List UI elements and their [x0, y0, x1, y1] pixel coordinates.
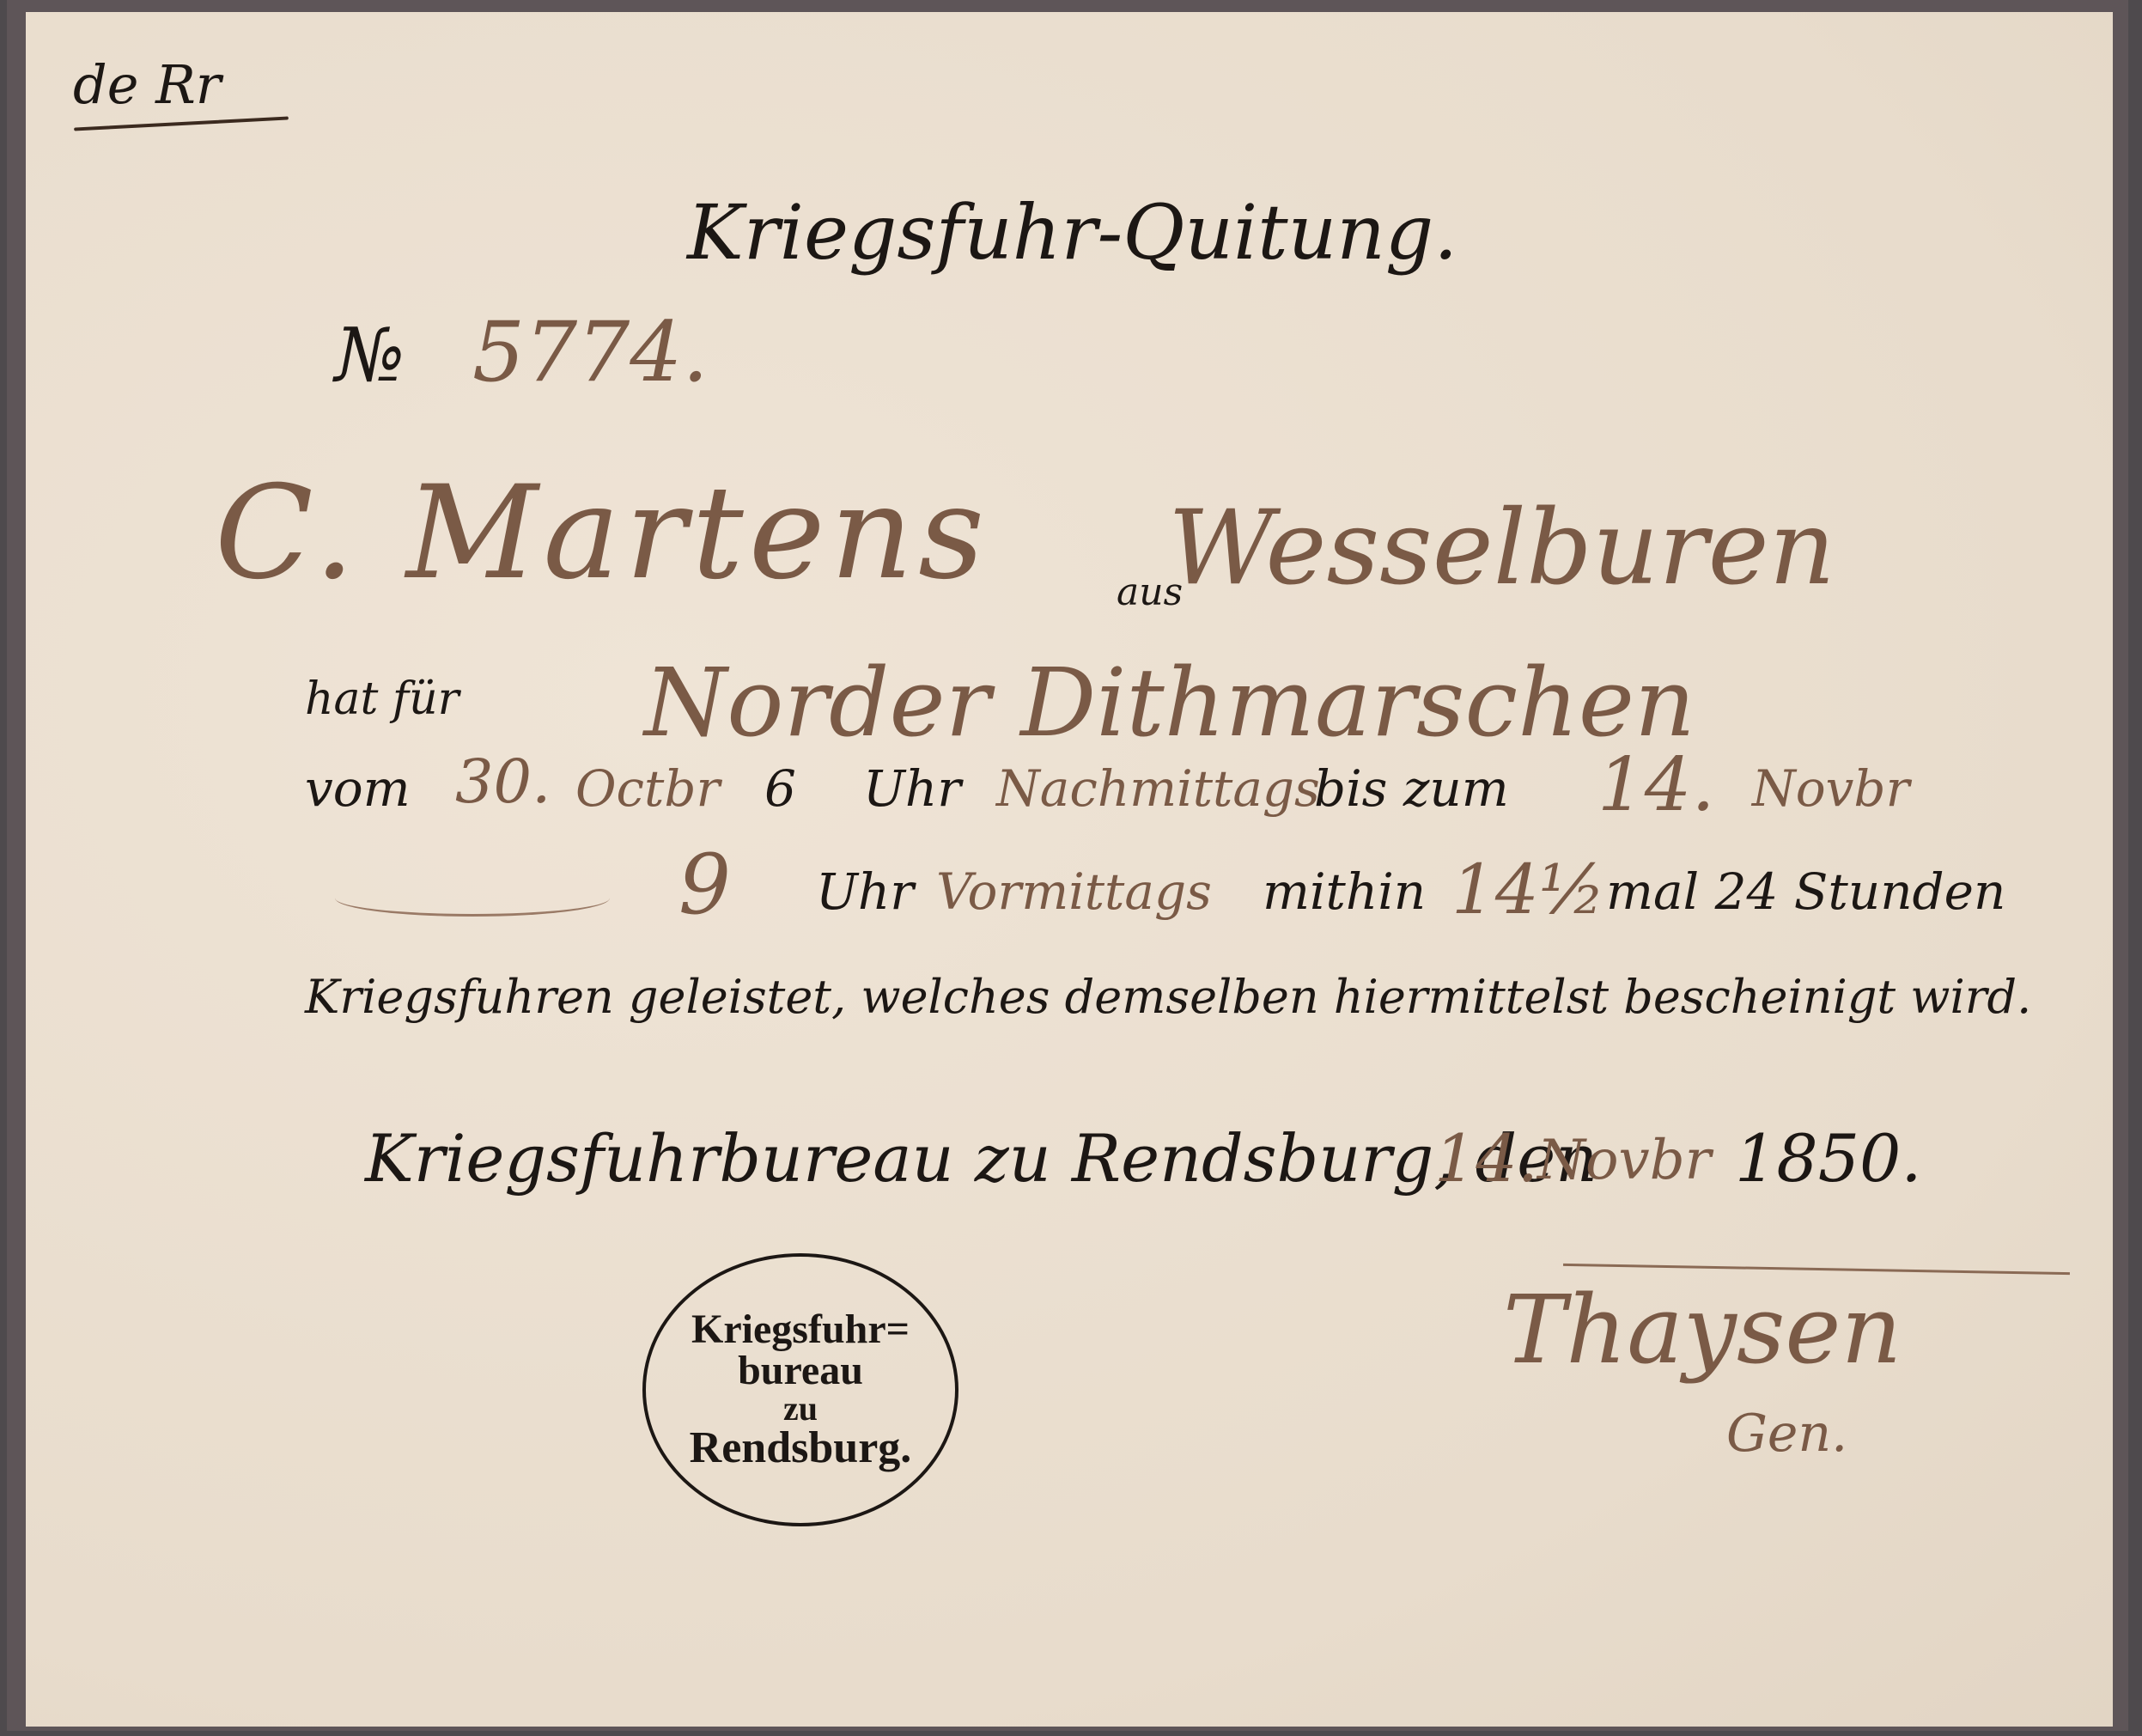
stamp-line-1: Kriegsfuhr= — [691, 1309, 910, 1350]
stamp-line-4: Rendsburg. — [690, 1426, 912, 1471]
corner-underline — [74, 116, 289, 131]
number-label: № — [335, 313, 405, 399]
uhr-label-2: Uhr — [816, 862, 914, 921]
count: 14½ — [1451, 850, 1605, 929]
date-day: 14. — [1434, 1120, 1538, 1197]
start-day: 30. — [455, 746, 551, 817]
hat-fuer-label: hat für — [305, 673, 459, 725]
uhr-label-1: Uhr — [863, 759, 961, 818]
receipt-number: 5774. — [472, 304, 709, 400]
end-time-of-day: Vormittags — [936, 862, 1212, 921]
office-stamp: Kriegsfuhr= bureau zu Rendsburg. — [642, 1253, 958, 1526]
district: Norder Dithmarschen — [644, 648, 1695, 758]
stamp-line-2: bureau — [738, 1350, 863, 1392]
signature-title: Gen. — [1726, 1404, 1847, 1464]
document-title: Kriegsfuhr-Quitung. — [687, 188, 1457, 277]
bis-zum-label: bis zum — [1314, 759, 1509, 818]
flourish-line — [335, 880, 610, 917]
vom-label: vom — [305, 759, 411, 818]
end-hour: 9 — [679, 837, 731, 933]
statement: Kriegsfuhren geleistet, welches demselbe… — [305, 970, 2031, 1024]
start-hour: 6 — [764, 759, 796, 818]
date-month: Novbr — [1537, 1129, 1711, 1192]
origin-place: Wesselburen — [1168, 489, 1835, 608]
start-month: Octbr — [575, 759, 720, 818]
mithin-label: mithin — [1263, 862, 1426, 921]
times-label: mal 24 Stunden — [1606, 862, 2005, 921]
scan-frame: de Rr Kriegsfuhr-Quitung. № 5774. C. Mar… — [7, 0, 2128, 1731]
receipt-paper: de Rr Kriegsfuhr-Quitung. № 5774. C. Mar… — [26, 12, 2113, 1727]
signature: Thaysen — [1503, 1275, 1902, 1385]
corner-mark: de Rr — [73, 53, 221, 116]
place-prefix: Kriegsfuhrbureau zu Rendsburg, den — [365, 1120, 1597, 1197]
end-month: Novbr — [1752, 759, 1909, 818]
start-time-of-day: Nachmittags — [996, 759, 1320, 818]
signature-flourish — [1563, 1264, 2070, 1275]
end-day: 14. — [1597, 742, 1715, 828]
stamp-line-3: zu — [783, 1392, 818, 1426]
recipient-name: C. Martens — [215, 459, 989, 608]
date-year: 1850. — [1735, 1120, 1922, 1197]
